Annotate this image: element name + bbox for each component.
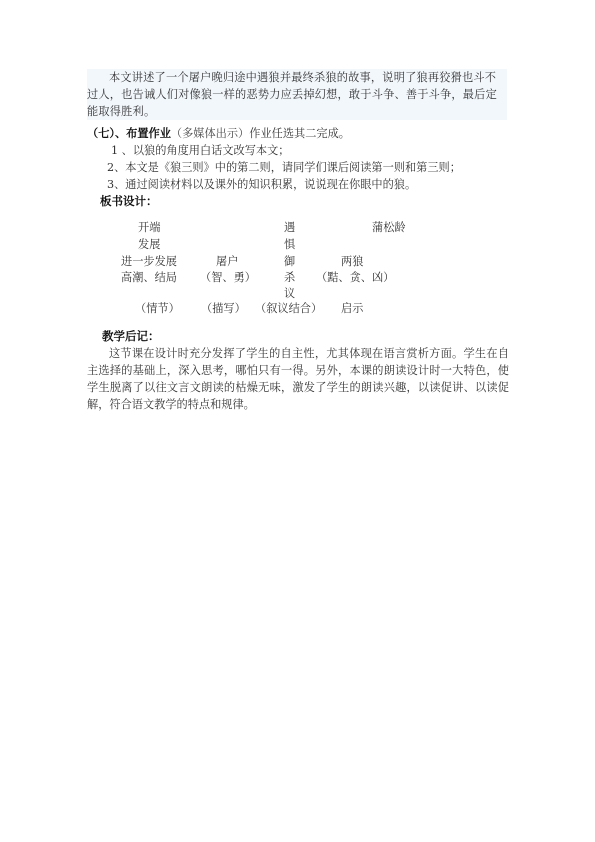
footer-label-description: （描写） (201, 302, 246, 316)
document-page: 本文讲述了一个屠户晚归途中遇狼并最终杀狼的故事，说明了狼再狡猾也斗不过人，也告诫… (0, 0, 595, 842)
afterword-section: 这节课在设计时充分发挥了学生的自主性，尤其体现在语言赏析方面。学生在自主选择的基… (87, 345, 509, 413)
butcher-label: 屠户 (216, 255, 238, 269)
afterword-title: 教学后记： (102, 328, 160, 344)
action-word: 御 (284, 255, 295, 269)
plot-stage: 进一步发展 (121, 255, 177, 269)
action-word: 杀 (284, 271, 295, 285)
afterword-paragraph: 这节课在设计时充分发挥了学生的自主性，尤其体现在语言赏析方面。学生在自主选择的基… (87, 345, 509, 413)
plot-stage: 高潮、结局 (121, 271, 177, 285)
action-word: 遇 (284, 221, 295, 235)
plot-stage: 发展 (138, 238, 160, 252)
wolves-label: 两狼 (341, 255, 363, 269)
action-word: 惧 (284, 238, 295, 252)
wolves-traits: （黠、贪、凶） (316, 271, 394, 285)
footer-label-narration: （叙议结合） (255, 302, 322, 316)
butcher-traits: （智、勇） (200, 271, 256, 285)
footer-label-revelation: 启示 (341, 302, 363, 316)
action-word: 议 (284, 287, 295, 301)
plot-stage: 开端 (138, 221, 160, 235)
board-design: 开端 发展 进一步发展 高潮、结局 屠户 （智、勇） 遇 惧 御 杀 议 两狼 … (0, 0, 595, 842)
author-name: 蒲松龄 (372, 221, 406, 235)
footer-label-plot: （情节） (135, 302, 180, 316)
